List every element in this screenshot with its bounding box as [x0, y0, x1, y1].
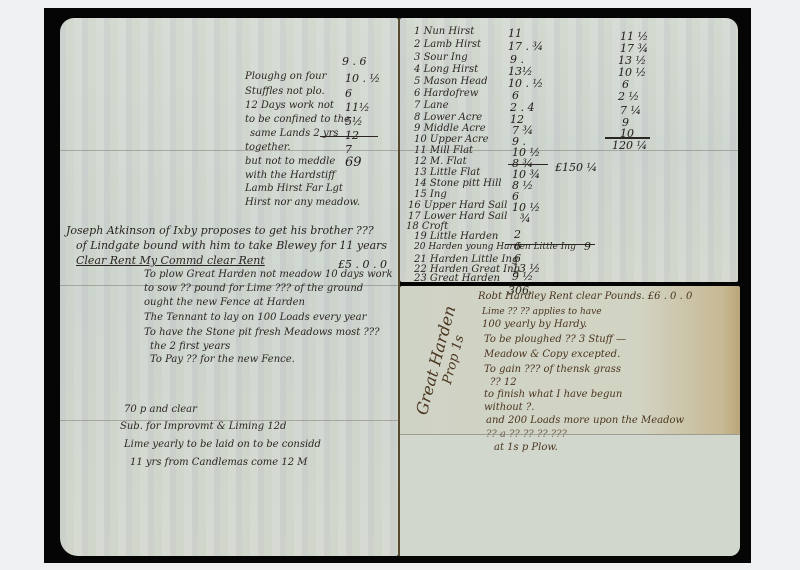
- field-entry: 9 Middle Acre: [414, 124, 486, 134]
- field-entry: 16 Upper Hard Sail: [408, 201, 507, 211]
- field-entry: 3 Sour Ing: [414, 53, 468, 63]
- agreement-line: To plow Great Harden not meadow 10 days …: [144, 270, 393, 280]
- tally-line: to be confined to the: [245, 115, 350, 125]
- tally-value: 11½: [345, 101, 370, 114]
- lease-line: without ?.: [484, 403, 534, 413]
- agreement-line: to sow ?? pound for Lime ??? of the grou…: [144, 284, 363, 294]
- agreement-line: To have the Stone pit fresh Meadows most…: [144, 328, 380, 338]
- field-entry: 13 Little Flat: [414, 168, 480, 178]
- lease-line: ?? a ?? ?? ?? ???: [486, 430, 567, 440]
- field-entry: 7 Lane: [414, 101, 449, 111]
- field-entry: 14 Stone pitt Hill: [414, 179, 501, 189]
- lease-line: to finish what I have begun: [484, 390, 622, 400]
- tally-note: with the Hardstiff: [245, 171, 335, 181]
- field-entry: 6 Hardofrew: [414, 89, 478, 99]
- field-entry: 12 M. Flat: [414, 157, 467, 167]
- column-total: 120 ¼: [612, 139, 647, 152]
- agreement-line: Clear Rent My Commd clear Rent: [76, 255, 265, 266]
- lease-line: To gain ??? of thensk grass: [484, 365, 621, 375]
- lease-line: 100 yearly by Hardy.: [482, 320, 587, 330]
- tally-note: Hirst nor any meadow.: [245, 198, 360, 208]
- lease-line: Lime ?? ?? applies to have: [482, 308, 602, 317]
- lease-line: Robt Hardley Rent clear Pounds. £6 . 0 .…: [478, 292, 692, 302]
- agreement-line: The Tennant to lay on 100 Loads every ye…: [144, 313, 366, 323]
- agreement-line: ought the new Fence at Harden: [144, 298, 305, 308]
- lease-line: at 1s p Plow.: [494, 443, 558, 453]
- field-entry: 4 Long Hirst: [414, 65, 478, 75]
- bottom-fold-panel: [400, 434, 740, 556]
- field-entry: 11 Mill Flat: [414, 146, 473, 156]
- field-entry: 1 Nun Hirst: [414, 27, 474, 37]
- agreement-line: of Lindgate bound with him to take Blewe…: [76, 240, 387, 251]
- lease-line: ?? 12: [490, 378, 517, 388]
- lease-line: To be ploughed ?? 3 Stuff —: [484, 335, 626, 345]
- sum-rule: [320, 136, 378, 137]
- tally-line: 12 Days work not: [245, 101, 334, 111]
- field-value: ¾: [520, 212, 531, 225]
- field-value: 9 ½: [512, 270, 533, 283]
- note-line: Lime yearly to be laid on to be considd: [124, 440, 321, 450]
- tally-line: together.: [245, 143, 291, 153]
- tally-value: 5½: [345, 115, 363, 128]
- tally-value: 10 . ½: [345, 72, 380, 85]
- tally-note: Lamb Hirst Far Lgt: [245, 184, 343, 194]
- tally-line: Ploughg on four: [245, 72, 326, 82]
- tally-line: Stuffles not plo.: [245, 87, 325, 97]
- agreement-line: the 2 first years: [150, 342, 230, 352]
- lease-line: and 200 Loads more upon the Meadow: [486, 416, 684, 426]
- tally-value: 6: [345, 87, 352, 100]
- agreement-line: Joseph Atkinson of Ixby proposes to get …: [66, 225, 374, 236]
- tally-value: 9 . 6: [342, 55, 367, 68]
- side-total: £150 ¼: [555, 161, 597, 174]
- field-entry: 19 Little Harden: [414, 232, 498, 242]
- field-entry: 10 Upper Acre: [414, 135, 489, 145]
- field-entry: 8 Lower Acre: [414, 113, 482, 123]
- tally-line: same Lands 2 yrs: [250, 129, 339, 139]
- field-entry: 5 Mason Head: [414, 77, 488, 87]
- field-entry: 15 Ing: [414, 190, 447, 200]
- center-fold: [398, 18, 400, 556]
- side-mark: 9: [584, 240, 591, 253]
- agreement-line: To Pay ?? for the new Fence.: [150, 355, 295, 365]
- column-value: 2 ½: [618, 90, 639, 103]
- sum-rule: [508, 164, 548, 165]
- note-line: Sub. for Improvmt & Liming 12d: [120, 422, 286, 432]
- field-entry: 2 Lamb Hirst: [414, 40, 481, 50]
- field-value: 11: [508, 27, 522, 40]
- field-value: 17 . ¾: [508, 40, 543, 53]
- tally-note: but not to meddle: [245, 157, 335, 167]
- note-line: 11 yrs from Candlemas come 12 M: [130, 458, 307, 468]
- lease-line: Meadow & Copy excepted.: [484, 350, 620, 360]
- field-entry: 23 Great Harden: [414, 274, 500, 284]
- note-line: 70 p and clear: [124, 405, 197, 415]
- sum-rule: [505, 244, 595, 245]
- tally-total: 69: [345, 155, 362, 170]
